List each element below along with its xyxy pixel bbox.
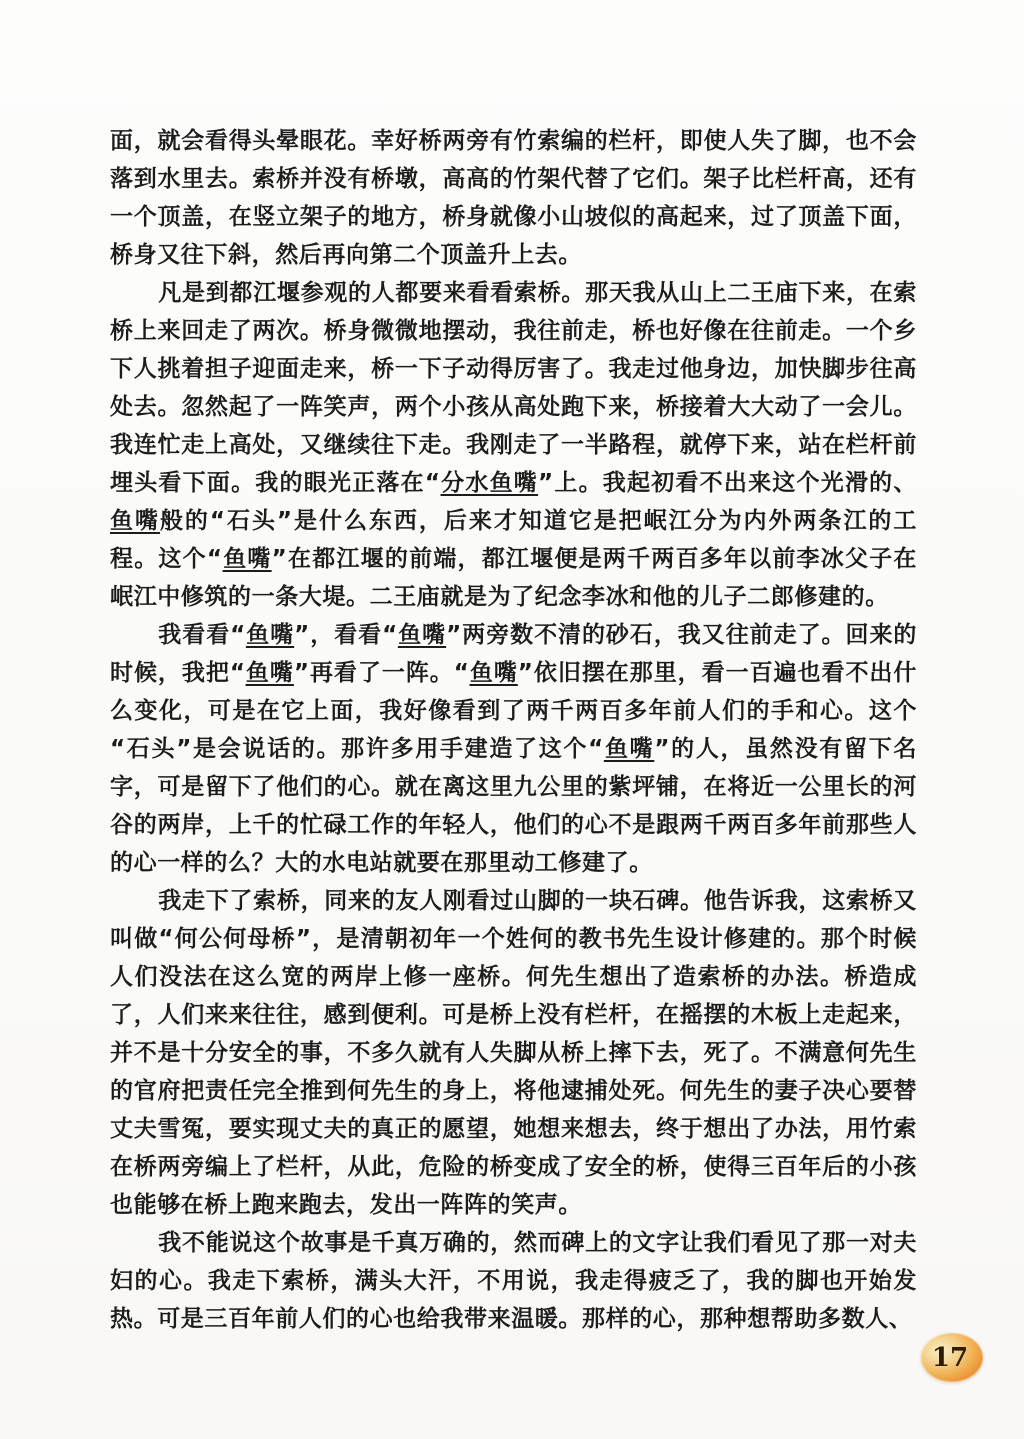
book-page: 面，就会看得头晕眼花。幸好桥两旁有竹索编的栏杆，即使人失了脚，也不会落到水里去。… [0, 0, 1024, 1439]
paragraph-visit-bridge: 凡是到都江堰参观的人都要来看看索桥。那天我从山上二王庙下来，在索桥上来回走了两次… [110, 274, 917, 616]
lesson-text: 面，就会看得头晕眼花。幸好桥两旁有竹索编的栏杆，即使人失了脚，也不会落到水里去。… [110, 122, 917, 1338]
page-number-badge: 17 [921, 1333, 983, 1382]
paragraph-fish-mouth: 我看看“鱼嘴”，看看“鱼嘴”两旁数不清的砂石，我又往前走了。回来的时候，我把“鱼… [110, 616, 917, 882]
page-number: 17 [932, 1343, 968, 1373]
paragraph-closing: 我不能说这个故事是千真万确的，然而碑上的文字让我们看见了那一对夫妇的心。我走下索… [110, 1224, 917, 1338]
paragraph-continuation: 面，就会看得头晕眼花。幸好桥两旁有竹索编的栏杆，即使人失了脚，也不会落到水里去。… [110, 122, 917, 274]
paragraph-bridge-story: 我走下了索桥，同来的友人刚看过山脚的一块石碑。他告诉我，这索桥又叫做“何公何母桥… [110, 882, 917, 1224]
